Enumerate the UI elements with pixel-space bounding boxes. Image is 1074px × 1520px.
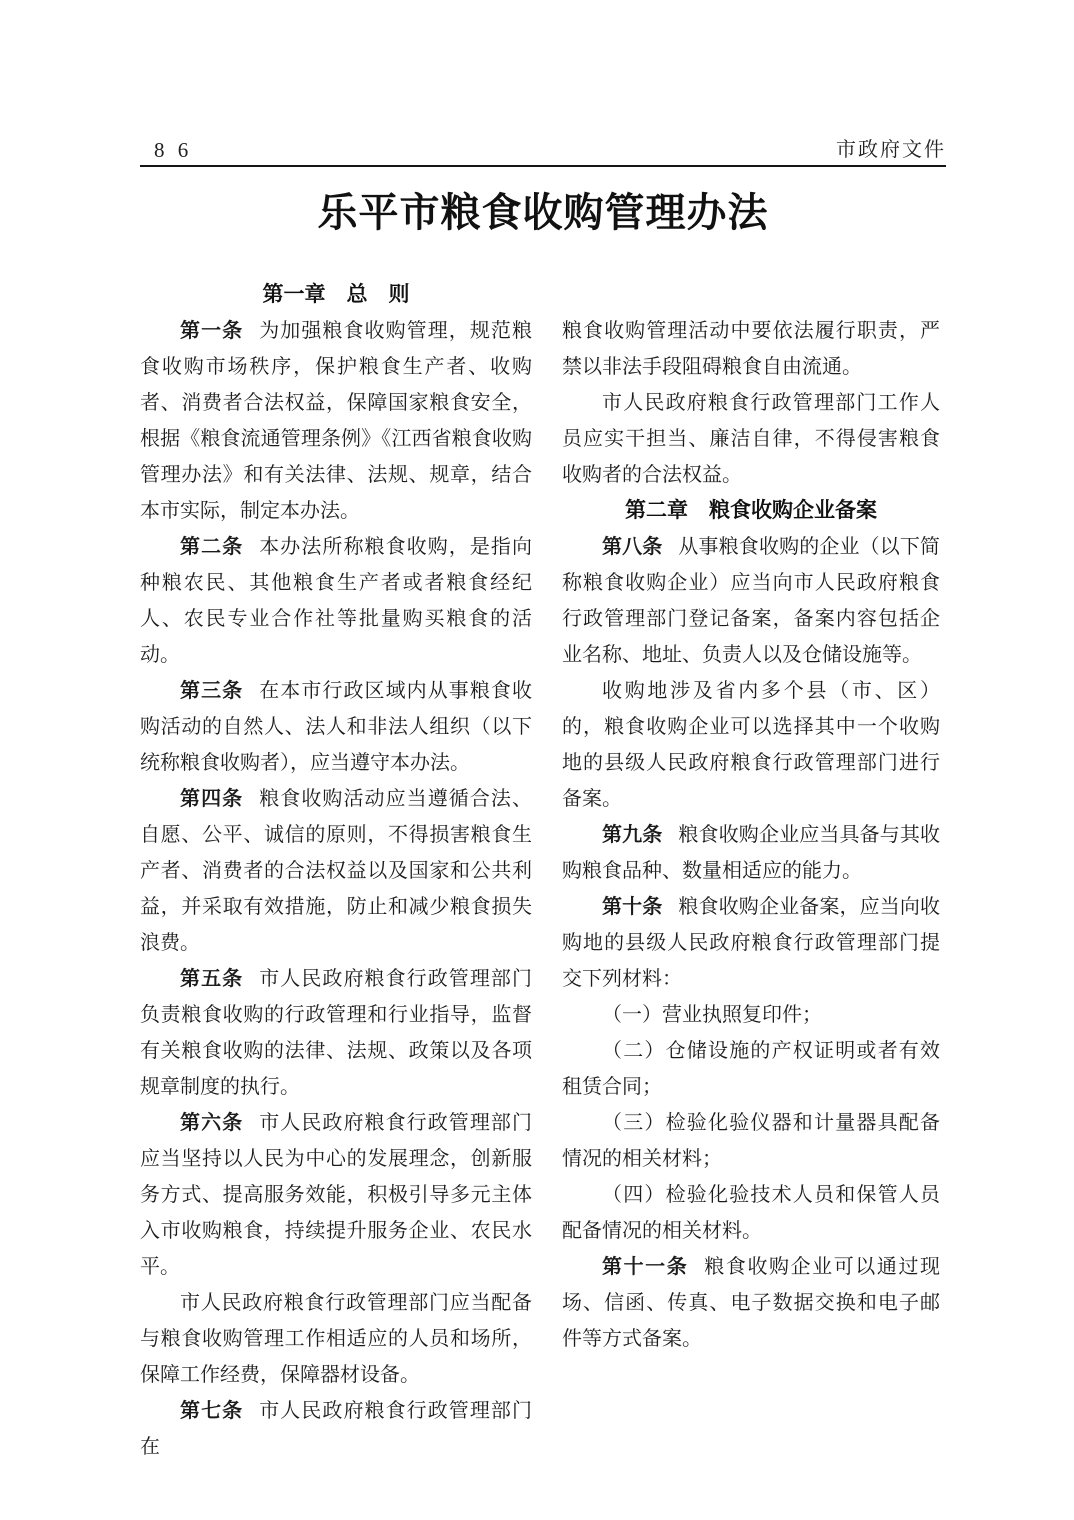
article-paragraph: 第五条市人民政府粮食行政管理部门负责粮食收购的行政管理和行业指导，监督有关粮食收…: [140, 961, 532, 1105]
article-paragraph: 第二条本办法所称粮食收购，是指向种粮农民、其他粮食生产者或者粮食经纪人、农民专业…: [140, 529, 532, 673]
article-number: 第二条: [180, 536, 243, 558]
page-content: 8 6 市政府文件 乐平市粮食收购管理办法 第一章 总 则 第一条为加强粮食收购…: [140, 0, 946, 1465]
article-number: 第四条: [180, 788, 243, 810]
header-label: 市政府文件: [836, 138, 946, 162]
article-paragraph: 第一条为加强粮食收购管理，规范粮食收购市场秩序，保护粮食生产者、收购者、消费者合…: [140, 313, 532, 529]
document-title: 乐平市粮食收购管理办法: [140, 191, 946, 235]
article-text: 为加强粮食收购管理，规范粮食收购市场秩序，保护粮食生产者、收购者、消费者合法权益…: [140, 320, 532, 522]
right-column: 粮食收购管理活动中要依法履行职责，严禁以非法手段阻碍粮食自由流通。 市人民政府粮…: [562, 277, 940, 1465]
article-paragraph: 第十条粮食收购企业备案，应当向收购地的县级人民政府粮食行政管理部门提交下列材料：: [562, 889, 940, 997]
chapter-heading: 第二章 粮食收购企业备案: [562, 493, 940, 529]
article-text: 粮食收购活动应当遵循合法、自愿、公平、诚信的原则，不得损害粮食生产者、消费者的合…: [140, 788, 532, 954]
article-number: 第一条: [180, 320, 243, 342]
article-number: 第十条: [602, 896, 662, 918]
continuation-paragraph: 粮食收购管理活动中要依法履行职责，严禁以非法手段阻碍粮食自由流通。: [562, 313, 940, 385]
body-paragraph: 市人民政府粮食行政管理部门工作人员应实干担当、廉洁自律，不得侵害粮食收购者的合法…: [562, 385, 940, 493]
article-number: 第六条: [180, 1112, 243, 1134]
header-divider: [140, 165, 946, 167]
list-item-paragraph: （四）检验化验技术人员和保管人员配备情况的相关材料。: [562, 1177, 940, 1249]
article-number: 第十一条: [602, 1256, 688, 1278]
body-paragraph: 收购地涉及省内多个县（市、区）的，粮食收购企业可以选择其中一个收购地的县级人民政…: [562, 673, 940, 817]
article-paragraph: 第九条粮食收购企业应当具备与其收购粮食品种、数量相适应的能力。: [562, 817, 940, 889]
list-item-paragraph: （二）仓储设施的产权证明或者有效租赁合同；: [562, 1033, 940, 1105]
body-paragraph: 市人民政府粮食行政管理部门应当配备与粮食收购管理工作相适应的人员和场所，保障工作…: [140, 1285, 532, 1393]
article-paragraph: 第六条市人民政府粮食行政管理部门应当坚持以人民为中心的发展理念，创新服务方式、提…: [140, 1105, 532, 1285]
list-item-paragraph: （三）检验化验仪器和计量器具配备情况的相关材料；: [562, 1105, 940, 1177]
article-number: 第三条: [180, 680, 243, 702]
article-number: 第七条: [180, 1400, 243, 1422]
left-column: 第一章 总 则 第一条为加强粮食收购管理，规范粮食收购市场秩序，保护粮食生产者、…: [140, 277, 532, 1465]
article-paragraph: 第三条在本市行政区域内从事粮食收购活动的自然人、法人和非法人组织（以下统称粮食收…: [140, 673, 532, 781]
article-number: 第九条: [602, 824, 662, 846]
article-paragraph: 第八条从事粮食收购的企业（以下简称粮食收购企业）应当向市人民政府粮食行政管理部门…: [562, 529, 940, 673]
page-header: 8 6 市政府文件: [140, 0, 946, 162]
article-paragraph: 第十一条粮食收购企业可以通过现场、信函、传真、电子数据交换和电子邮件等方式备案。: [562, 1249, 940, 1357]
article-paragraph: 第七条市人民政府粮食行政管理部门在: [140, 1393, 532, 1465]
page-number: 8 6: [140, 138, 192, 162]
article-number: 第八条: [602, 536, 662, 558]
list-item-paragraph: （一）营业执照复印件；: [562, 997, 940, 1033]
article-number: 第五条: [180, 968, 243, 990]
chapter-heading: 第一章 总 则: [140, 277, 532, 313]
article-text: 市人民政府粮食行政管理部门应当坚持以人民为中心的发展理念，创新服务方式、提高服务…: [140, 1112, 532, 1278]
article-paragraph: 第四条粮食收购活动应当遵循合法、自愿、公平、诚信的原则，不得损害粮食生产者、消费…: [140, 781, 532, 961]
two-column-body: 第一章 总 则 第一条为加强粮食收购管理，规范粮食收购市场秩序，保护粮食生产者、…: [140, 277, 946, 1465]
document-page: 8 6 市政府文件 乐平市粮食收购管理办法 第一章 总 则 第一条为加强粮食收购…: [0, 0, 1074, 1520]
